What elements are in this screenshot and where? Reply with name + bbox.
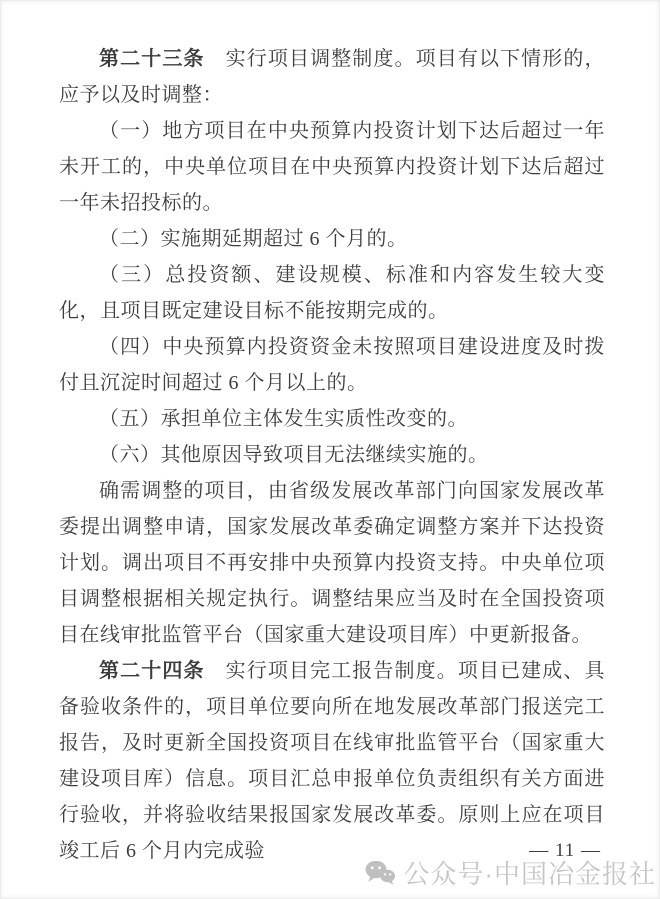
article-23-intro-paragraph: 第二十三条 实行项目调整制度。项目有以下情形的，应予以及时调整： <box>59 41 605 113</box>
watermark-label: 公众号·中国冶金报社 <box>403 854 656 891</box>
paragraph-text: （五）承担单位主体发生实质性改变的。 <box>99 408 468 430</box>
list-item-3-paragraph: （三）总投资额、建设规模、标准和内容发生较大变化，且项目既定建设目标不能按期完成… <box>59 257 605 329</box>
watermark: 公众号·中国冶金报社 <box>364 854 656 891</box>
paragraph-text: （四）中央预算内投资资金未按照项目建设进度及时拨付且沉淀时间超过 6 个月以上的… <box>59 336 605 394</box>
paragraph-text: 确需调整的项目，由省级发展改革部门向国家发展改革委提出调整申请，国家发展改革委确… <box>59 480 605 646</box>
paragraph-text: （一）地方项目在中央预算内投资计划下达后超过一年未开工的，中央单位项目在中央预算… <box>59 120 605 214</box>
paragraph-text: （六）其他原因导致项目无法继续实施的。 <box>99 444 489 466</box>
list-item-4-paragraph: （四）中央预算内投资资金未按照项目建设进度及时拨付且沉淀时间超过 6 个月以上的… <box>59 329 605 401</box>
article-23-number: 第二十三条 <box>99 48 226 70</box>
paragraph-text: 实行项目完工报告制度。项目已建成、具备验收条件的，项目单位要向所在地发展改革部门… <box>59 660 605 862</box>
wechat-icon <box>364 859 396 886</box>
list-item-2-paragraph: （二）实施期延期超过 6 个月的。 <box>59 221 605 257</box>
list-item-5-paragraph: （五）承担单位主体发生实质性改变的。 <box>59 401 605 437</box>
article-24-number: 第二十四条 <box>99 660 226 682</box>
article-24-paragraph: 第二十四条 实行项目完工报告制度。项目已建成、具备验收条件的，项目单位要向所在地… <box>59 653 605 869</box>
adjustment-procedure-paragraph: 确需调整的项目，由省级发展改革部门向国家发展改革委提出调整申请，国家发展改革委确… <box>59 473 605 653</box>
paragraph-text: （二）实施期延期超过 6 个月的。 <box>99 228 408 250</box>
list-item-1-paragraph: （一）地方项目在中央预算内投资计划下达后超过一年未开工的，中央单位项目在中央预算… <box>59 113 605 221</box>
list-item-6-paragraph: （六）其他原因导致项目无法继续实施的。 <box>59 437 605 473</box>
document-page: 第二十三条 实行项目调整制度。项目有以下情形的，应予以及时调整： （一）地方项目… <box>0 0 660 899</box>
paragraph-text: （三）总投资额、建设规模、标准和内容发生较大变化，且项目既定建设目标不能按期完成… <box>59 264 605 322</box>
document-body: 第二十三条 实行项目调整制度。项目有以下情形的，应予以及时调整： （一）地方项目… <box>59 41 605 869</box>
